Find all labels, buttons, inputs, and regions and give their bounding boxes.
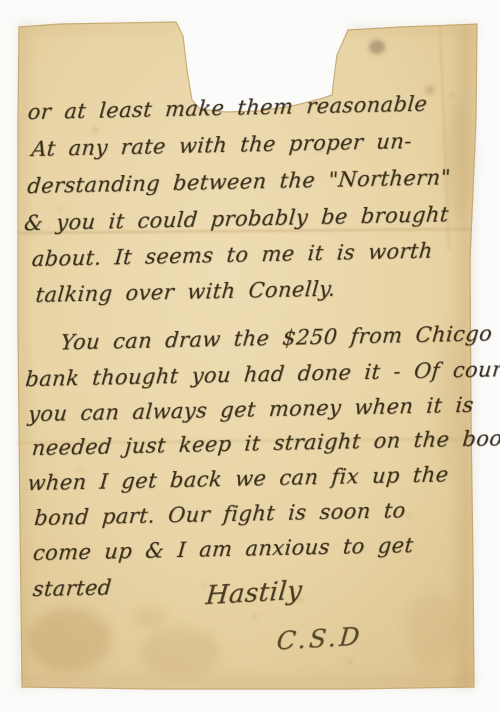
scanned-letter-page: or at least make them reasonable At any … [0, 0, 500, 713]
letter-scan [0, 0, 500, 713]
paper-sheet [18, 22, 477, 689]
